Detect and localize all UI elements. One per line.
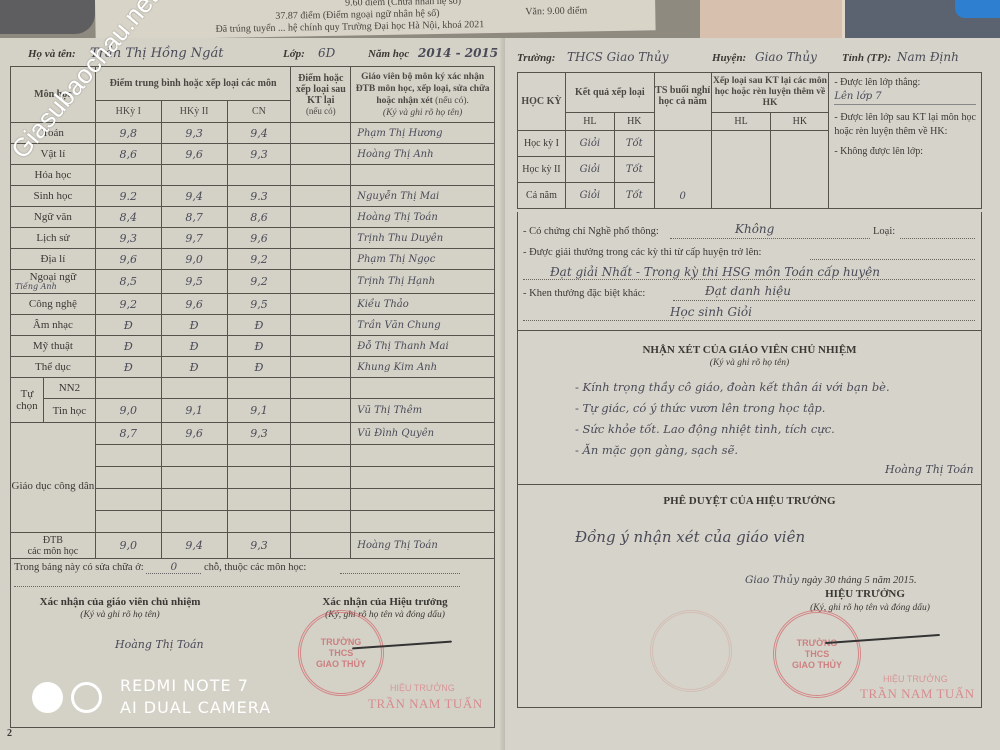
certificate-type-label: Loại: — [873, 226, 895, 237]
retest-hk-cell — [771, 131, 829, 209]
col-hk-header: HK — [614, 113, 654, 131]
corrections-subjects-line — [340, 573, 460, 574]
hk2-cell: 9,6 — [161, 294, 227, 315]
subject-cell: Ngoại ngữ Tiếng Anh — [11, 270, 96, 294]
teacher-signature — [351, 165, 495, 186]
empty-cell — [161, 511, 227, 533]
cn-cell: 9,2 — [227, 249, 291, 270]
retest-cell — [291, 378, 351, 399]
col-retest-hl-header: HL — [711, 113, 771, 131]
homeroom-comment-title: NHẬN XÉT CỦA GIÁO VIÊN CHỦ NHIỆM — [517, 344, 982, 356]
comment-line: - Kính trọng thầy cô giáo, đoàn kết thân… — [575, 380, 890, 394]
hk1-cell: 9.2 — [95, 186, 161, 207]
subject-cell: Sinh học — [11, 186, 96, 207]
term-cell: Cả năm — [518, 183, 566, 209]
cn-cell: 9,6 — [227, 228, 291, 249]
table-row: Vật lí 8,6 9,6 9,3 Hoàng Thị Anh — [11, 144, 495, 165]
col-hk1-header: HKỳ I — [95, 101, 161, 123]
empty-cell — [351, 445, 495, 467]
hk-cell: Tốt — [614, 157, 654, 183]
table-row: Lịch sử 9,3 9,7 9,6 Trịnh Thu Duyên — [11, 228, 495, 249]
province-value: Nam Định — [897, 50, 959, 64]
hk1-cell: 8,5 — [95, 270, 161, 294]
col-term-header: HỌC KỲ — [518, 73, 566, 131]
comment-line: - Tự giác, có ý thức vươn lên trong học … — [575, 401, 825, 415]
retest-cell — [291, 228, 351, 249]
hk1-cell: Đ — [95, 357, 161, 378]
name-label: Họ và tên: — [28, 48, 76, 60]
grades-table: Môn học Điểm trung bình hoặc xếp loại cá… — [10, 66, 495, 559]
camera-dot-filled-icon — [32, 682, 63, 713]
homeroom-comment-note: (Ký và ghi rõ họ tên) — [517, 358, 982, 368]
total-label-1: ĐTB — [11, 535, 95, 546]
district-value: Giao Thủy — [755, 50, 817, 64]
principal-confirm-title: Xác nhận của Hiệu trưởng — [300, 596, 470, 608]
subject-cell: Ngữ văn — [11, 207, 96, 228]
hk1-cell: Đ — [95, 336, 161, 357]
corrections-count: 0 — [146, 561, 201, 574]
empty-cell — [95, 511, 161, 533]
cn-cell: 9,2 — [227, 270, 291, 294]
empty-cell — [227, 511, 291, 533]
hk2-cell: Đ — [161, 336, 227, 357]
hk1-cell: 9,2 — [95, 294, 161, 315]
cn-cell: 9,5 — [227, 294, 291, 315]
empty-cell — [227, 489, 291, 511]
certificate-label: - Có chứng chỉ Nghề phổ thông: — [523, 226, 659, 237]
hk1-cell: 8,7 — [95, 423, 161, 445]
table-row: Tin học 9,0 9,1 9,1 Vũ Thị Thêm — [11, 399, 495, 423]
certificate-type-line — [900, 238, 975, 239]
teacher-signature: Trần Văn Chung — [351, 315, 495, 336]
teacher-signature: Hoàng Thị Anh — [351, 144, 495, 165]
subject-cell: Hóa học — [11, 165, 96, 186]
subject-cell: Tin học — [43, 399, 95, 423]
col-result-header: Kết quả xếp loại — [565, 73, 654, 113]
table-row: Toán 9,8 9,3 9,4 Phạm Thị Hương — [11, 123, 495, 144]
retest-cell — [291, 249, 351, 270]
empty-cell — [291, 489, 351, 511]
cn-cell: Đ — [227, 315, 291, 336]
hk2-cell: 8,7 — [161, 207, 227, 228]
table-row: Âm nhạc Đ Đ Đ Trần Văn Chung — [11, 315, 495, 336]
camera-model: REDMI NOTE 7 — [120, 675, 271, 697]
hk1-cell: 8,6 — [95, 144, 161, 165]
promote-after-label: - Được lên lớp sau KT lại môn học hoặc r… — [834, 111, 976, 139]
table-row: Thể dục Đ Đ Đ Khung Kim Anh — [11, 357, 495, 378]
promotion-cell: - Được lên lớp thẳng: Lên lớp 7 - Được l… — [829, 73, 982, 209]
homeroom-confirm-title: Xác nhận của giáo viên chủ nhiệm — [20, 596, 220, 608]
special-award-label: - Khen thưởng đặc biệt khác: — [523, 288, 645, 299]
background-blue-object — [955, 0, 1000, 18]
col-cn-header: CN — [227, 101, 291, 123]
retest-cell — [291, 270, 351, 294]
principal-role: HIỆU TRƯỞNG — [390, 683, 455, 693]
certificate-line — [670, 238, 870, 239]
col-hl-header: HL — [565, 113, 614, 131]
col-retest-label: Điểm hoặc xếp loại sau KT lại — [291, 73, 350, 106]
stamp-line: TRƯỜNG — [321, 637, 362, 648]
subject-cell: Âm nhạc — [11, 315, 96, 336]
empty-cell — [227, 467, 291, 489]
retest-cell — [291, 165, 351, 186]
homeroom-signature: Hoàng Thị Toán — [115, 638, 204, 651]
cn-cell: 8,6 — [227, 207, 291, 228]
comment-line: - Sức khỏe tốt. Lao động nhiệt tình, tíc… — [575, 422, 835, 436]
class-value: 6D — [318, 46, 335, 60]
teacher-signature: Đỗ Thị Thanh Mai — [351, 336, 495, 357]
right-page: Trường: THCS Giao Thủy Huyện: Giao Thủy … — [505, 38, 1000, 750]
teacher-signature: Nguyễn Thị Mai — [351, 186, 495, 207]
teacher-signature: Trịnh Thu Duyên — [351, 228, 495, 249]
col-retest-header: Điểm hoặc xếp loại sau KT lại (nếu có) — [291, 67, 351, 123]
table-row: Sinh học 9.2 9,4 9.3 Nguyễn Thị Mai — [11, 186, 495, 207]
empty-cell — [95, 489, 161, 511]
camera-watermark: REDMI NOTE 7 AI DUAL CAMERA — [32, 675, 271, 719]
special-award-line-2 — [523, 320, 975, 321]
hk2-cell: Đ — [161, 315, 227, 336]
cn-cell: 9,3 — [227, 144, 291, 165]
teacher-signature: Hoàng Thị Toán — [351, 207, 495, 228]
hl-cell: Giỏi — [565, 183, 614, 209]
corrections-prefix: Trong bảng này có sửa chữa ở: — [14, 562, 144, 573]
award-label: - Được giải thưởng trong các kỳ thi từ c… — [523, 247, 761, 258]
teacher-signature: Vũ Thị Thêm — [351, 399, 495, 423]
cn-cell: 9,3 — [227, 423, 291, 445]
empty-cell — [227, 445, 291, 467]
term-cell: Học kỳ I — [518, 131, 566, 157]
col-teacher-label: Giáo viên bộ môn ký xác nhận ĐTB môn học… — [356, 72, 490, 106]
hk1-cell: 8,4 — [95, 207, 161, 228]
school-stamp: TRƯỜNG THCS GIAO THỦY — [298, 610, 384, 696]
table-row: Giáo dục công dân 8,7 9,6 9,3 Vũ Đình Qu… — [11, 423, 495, 445]
table-row: Tự chọn NN2 — [11, 378, 495, 399]
camera-feature: AI DUAL CAMERA — [120, 697, 271, 719]
hk2-cell: 9,4 — [161, 186, 227, 207]
retest-cell — [291, 207, 351, 228]
hk2-cell: 9,1 — [161, 399, 227, 423]
retest-cell — [291, 315, 351, 336]
hk1-cell — [95, 378, 161, 399]
approval-role: HIỆU TRƯỞNG — [795, 588, 935, 600]
hk1-cell: Đ — [95, 315, 161, 336]
principal-approval-comment: Đồng ý nhận xét của giáo viên — [575, 528, 805, 546]
printed-principal-role: HIỆU TRƯỞNG — [883, 674, 948, 684]
corrections-extra-line — [14, 586, 460, 587]
hk2-cell: 9,3 — [161, 123, 227, 144]
hk1-cell: 9,0 — [95, 399, 161, 423]
hk1-cell — [95, 165, 161, 186]
empty-cell — [161, 489, 227, 511]
subject-cell: Công nghệ — [11, 294, 96, 315]
subject-cell: NN2 — [43, 378, 95, 399]
cn-cell — [227, 378, 291, 399]
school-value: THCS Giao Thủy — [567, 50, 669, 64]
retest-hl-cell — [711, 131, 771, 209]
corrections-suffix: chỗ, thuộc các môn học: — [204, 562, 306, 573]
left-page: Họ và tên: Trần Thị Hồng Ngát Lớp: 6D Nă… — [0, 38, 505, 750]
teacher-signature — [351, 378, 495, 399]
approval-date: ngày 30 tháng 5 năm 2015. — [802, 575, 917, 586]
school-label: Trường: — [517, 52, 555, 64]
hk2-cell: 9,5 — [161, 270, 227, 294]
hk2-cell — [161, 165, 227, 186]
camera-dot-ring-icon — [71, 682, 102, 713]
stamp-line: GIAO THỦY — [316, 659, 366, 670]
printed-principal-name: TRẦN NAM TUẤN — [860, 686, 975, 702]
background-dark-corner — [0, 0, 95, 34]
subject-note: Tiếng Anh — [11, 282, 95, 292]
empty-cell — [161, 445, 227, 467]
divider — [517, 484, 982, 485]
corrections-line: Trong bảng này có sửa chữa ở: 0 chỗ, thu… — [14, 561, 306, 574]
elective-label: Tự chọn — [11, 378, 44, 423]
promote-direct-value: Lên lớp 7 — [834, 90, 976, 105]
civic-label: Giáo dục công dân — [11, 423, 96, 533]
subject-cell: Lịch sử — [11, 228, 96, 249]
cn-cell — [227, 165, 291, 186]
teacher-signature: Khung Kim Anh — [351, 357, 495, 378]
empty-cell — [351, 511, 495, 533]
col-average-header: Điểm trung bình hoặc xếp loại các môn — [95, 67, 291, 101]
cn-cell: Đ — [227, 336, 291, 357]
year-label: Năm học — [368, 48, 409, 60]
hk2-cell: 9,6 — [161, 144, 227, 165]
homeroom-comment-signature: Hoàng Thị Toán — [885, 463, 974, 476]
stamp-line: THCS — [805, 649, 830, 660]
col-absent-header: TS buổi nghỉ học cả năm — [654, 73, 711, 131]
retest-cell — [291, 399, 351, 423]
retest-cell — [291, 357, 351, 378]
cn-cell: 9,1 — [227, 399, 291, 423]
empty-cell — [95, 467, 161, 489]
empty-cell — [291, 511, 351, 533]
page-number: 2 — [7, 728, 12, 739]
principal-name: TRẦN NAM TUẤN — [368, 696, 483, 712]
background-sheet: 9.60 điểm (Chưa nhân hệ số) 37.87 điểm (… — [95, 0, 656, 40]
approval-date-line: Giao Thủy ngày 30 tháng 5 năm 2015. — [745, 574, 917, 586]
empty-cell — [291, 445, 351, 467]
subject-cell: Thể dục — [11, 357, 96, 378]
table-row: Ngoại ngữ Tiếng Anh 8,5 9,5 9,2 Trịnh Th… — [11, 270, 495, 294]
not-promoted-label: - Không được lên lớp: — [834, 145, 976, 159]
approval-place: Giao Thủy — [745, 574, 799, 586]
divider — [517, 330, 982, 331]
retest-cell — [291, 186, 351, 207]
certificate-value: Không — [735, 222, 774, 236]
hl-cell: Giỏi — [565, 131, 614, 157]
hk-cell: Tốt — [614, 183, 654, 209]
stamp-line: GIAO THỦY — [792, 660, 842, 671]
class-label: Lớp: — [283, 48, 305, 60]
promote-direct-label: - Được lên lớp thẳng: — [834, 76, 976, 90]
retest-cell — [291, 423, 351, 445]
teacher-signature: Trịnh Thị Hạnh — [351, 270, 495, 294]
table-row: Mỹ thuật Đ Đ Đ Đỗ Thị Thanh Mai — [11, 336, 495, 357]
retest-cell — [291, 123, 351, 144]
subject-label: Ngoại ngữ — [11, 272, 95, 282]
background-envelope — [700, 0, 850, 38]
special-award-line-1 — [673, 300, 975, 301]
special-award-value-2: Học sinh Giỏi — [670, 305, 752, 319]
hk1-cell: 9,8 — [95, 123, 161, 144]
province-label: Tỉnh (TP): — [842, 52, 891, 64]
award-line-1 — [810, 259, 975, 260]
retest-cell — [291, 294, 351, 315]
col-teacher-note: (nếu có). — [435, 96, 469, 106]
hk2-cell: 9,6 — [161, 423, 227, 445]
teacher-signature: Vũ Đình Quyên — [351, 423, 495, 445]
cn-cell: 9.3 — [227, 186, 291, 207]
hk2-cell: 9,7 — [161, 228, 227, 249]
year-value: 2014 - 2015 — [418, 46, 498, 60]
empty-cell — [291, 467, 351, 489]
comment-line: - Ăn mặc gọn gàng, sạch sẽ. — [575, 443, 738, 457]
empty-cell — [161, 467, 227, 489]
hk1-cell: 9,6 — [95, 249, 161, 270]
col-retest-header: Xếp loại sau KT lại các môn học hoặc rèn… — [711, 73, 829, 113]
teacher-signature: Phạm Thị Hương — [351, 123, 495, 144]
school-stamp: TRƯỜNG THCS GIAO THỦY — [773, 610, 861, 698]
col-retest-note: (nếu có) — [291, 106, 350, 116]
principal-approval-title: PHÊ DUYỆT CỦA HIỆU TRƯỞNG — [517, 495, 982, 507]
district-label: Huyện: — [712, 52, 746, 64]
stamp-line: THCS — [329, 648, 354, 659]
hk-cell: Tốt — [614, 131, 654, 157]
teacher-signature: Kiều Thảo — [351, 294, 495, 315]
table-row: Ngữ văn 8,4 8,7 8,6 Hoàng Thị Toán — [11, 207, 495, 228]
table-row: Địa lí 9,6 9,0 9,2 Phạm Thị Ngọc — [11, 249, 495, 270]
retest-cell — [291, 144, 351, 165]
bg-sheet-right1: Văn: 9.00 điểm — [525, 5, 587, 18]
table-row: Công nghệ 9,2 9,6 9,5 Kiều Thảo — [11, 294, 495, 315]
semester-table: HỌC KỲ Kết quả xếp loại TS buổi nghỉ học… — [517, 72, 982, 209]
hk2-cell — [161, 378, 227, 399]
homeroom-confirm-note: (Ký và ghi rõ họ tên) — [20, 610, 220, 620]
col-retest-hk-header: HK — [771, 113, 829, 131]
faint-stamp-bleedthrough — [650, 610, 732, 692]
retest-cell — [291, 336, 351, 357]
subject-cell: Địa lí — [11, 249, 96, 270]
special-award-value-1: Đạt danh hiệu — [705, 284, 791, 298]
cn-cell: 9,4 — [227, 123, 291, 144]
hk2-cell: Đ — [161, 357, 227, 378]
col-teacher-note2: (Ký và ghi rõ họ tên) — [351, 107, 494, 119]
cn-cell: Đ — [227, 357, 291, 378]
empty-cell — [95, 445, 161, 467]
table-row: Hóa học — [11, 165, 495, 186]
term-cell: Học kỳ II — [518, 157, 566, 183]
award-line-2 — [523, 279, 975, 280]
hl-cell: Giỏi — [565, 157, 614, 183]
camera-watermark-text: REDMI NOTE 7 AI DUAL CAMERA — [120, 675, 271, 719]
empty-cell — [351, 489, 495, 511]
teacher-signature: Phạm Thị Ngọc — [351, 249, 495, 270]
empty-cell — [351, 467, 495, 489]
absent-total: 0 — [654, 131, 711, 209]
col-teacher-header: Giáo viên bộ môn ký xác nhận ĐTB môn học… — [351, 67, 495, 123]
award-value: Đạt giải Nhất - Trong kỳ thi HSG môn Toá… — [550, 265, 880, 279]
subject-cell: Mỹ thuật — [11, 336, 96, 357]
col-hk2-header: HKỳ II — [161, 101, 227, 123]
hk1-cell: 9,3 — [95, 228, 161, 249]
hk2-cell: 9,0 — [161, 249, 227, 270]
